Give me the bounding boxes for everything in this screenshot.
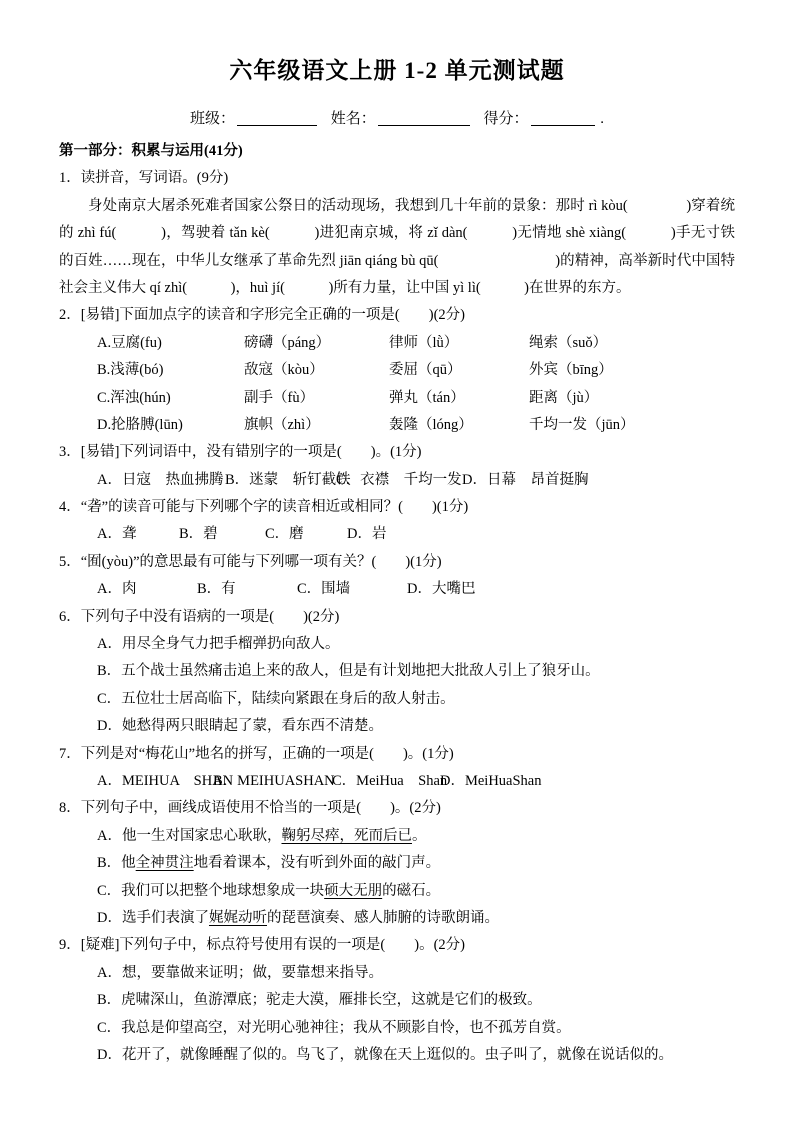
option: A．聋 xyxy=(97,521,179,548)
option: B．迷蒙 斩钉截铁 xyxy=(225,467,336,494)
question-4-text: “砻”的读音可能与下列哪个字的读音相近或相同？( )(1分) xyxy=(81,499,468,515)
option: D．日幕 昂首挺胸 xyxy=(462,467,735,494)
option-cell: 敌寇（kòu） xyxy=(244,357,389,384)
option-cell: 磅礴（páng） xyxy=(244,330,389,357)
option: C．五位壮士居高临下，陆续向紧跟在身后的敌人射击。 xyxy=(59,686,735,713)
question-1-paragraph: 身处南京大屠杀死难者国家公祭日的活动现场，我想到几十年前的景象：那时 rì kò… xyxy=(59,193,735,303)
question-6-text: 下列句子中没有语病的一项是( )(2分) xyxy=(81,609,340,625)
option-text: A．他一生对国家忠心耿耿， xyxy=(97,828,281,844)
question-7-text: 下列是对“梅花山”地名的拼写，正确的一项是( )。(1分) xyxy=(81,746,454,762)
option-text: 地看着课本，没有听到外面的敲门声。 xyxy=(194,855,441,871)
option-cell: B.浅薄(bó) xyxy=(97,357,244,384)
option-row: C.浑浊(hún)副手（fù）弹丸（tán）距离（jù） xyxy=(59,385,735,412)
question-3-number: 3． xyxy=(59,444,81,460)
question-6-options: A．用尽全身气力把手榴弹扔向敌人。B．五个战士虽然痛击追上来的敌人，但是有计划地… xyxy=(59,631,735,741)
question-2-tag: [易错] xyxy=(81,307,120,323)
option-cell: 副手（fù） xyxy=(244,385,389,412)
question-1-stem: 1．读拼音，写词语。(9分) xyxy=(59,165,735,192)
question-8-stem: 8．下列句子中，画线成语使用不恰当的一项是( )。(2分) xyxy=(59,795,735,822)
option: D．花开了，就像睡醒了似的。鸟飞了，就像在天上逛似的。虫子叫了，就像在说话似的。 xyxy=(59,1042,735,1069)
option-row: A.豆腐(fu)磅礴（páng）律师（lǜ）绳索（suǒ） xyxy=(59,330,735,357)
question-5-number: 5． xyxy=(59,554,81,570)
option: B．MEIHUASHAN xyxy=(213,768,332,795)
option: C．MeiHua Shan xyxy=(332,768,440,795)
paragraph-line: 身处南京大屠杀死难者国家公祭日的活动现场，我想到几十年前的景象：那时 rì kò… xyxy=(59,193,735,220)
question-5-options: A．肉B．有C．围墙D．大嘴巴 xyxy=(59,576,735,603)
question-4-options: A．聋B．碧C．磨D．岩 xyxy=(59,521,735,548)
option-cell: 外宾（bīng） xyxy=(529,357,735,384)
option-cell: C.浑浊(hún) xyxy=(97,385,244,412)
option: A．用尽全身气力把手榴弹扔向敌人。 xyxy=(59,631,735,658)
question-7-stem: 7．下列是对“梅花山”地名的拼写，正确的一项是( )。(1分) xyxy=(59,741,735,768)
class-blank xyxy=(237,110,317,126)
option-cell: 委屈（qū） xyxy=(389,357,529,384)
paragraph-line: 的 zhì fú( )，驾驶着 tǎn kè( )进犯南京城，将 zǐ dàn(… xyxy=(59,220,735,247)
option: D．选手们表演了娓娓动听的琵琶演奏、感人肺腑的诗歌朗诵。 xyxy=(59,905,735,932)
question-2-number: 2． xyxy=(59,307,81,323)
question-5-stem: 5．“囿(yòu)”的意思最有可能与下列哪一项有关？( )(1分) xyxy=(59,549,735,576)
class-label: 班级： xyxy=(190,111,235,127)
option-text: 。 xyxy=(412,828,427,844)
option-text: 的磁石。 xyxy=(382,883,440,899)
question-6-stem: 6．下列句子中没有语病的一项是( )(2分) xyxy=(59,604,735,631)
option: D．她愁得两只眼睛起了蒙，看东西不清楚。 xyxy=(59,713,735,740)
option-cell: 弹丸（tán） xyxy=(389,385,529,412)
question-6-number: 6． xyxy=(59,609,81,625)
page-title: 六年级语文上册 1-2 单元测试题 xyxy=(59,54,735,88)
option: A．肉 xyxy=(97,576,197,603)
option: B．他全神贯注地看着课本，没有听到外面的敲门声。 xyxy=(59,850,735,877)
question-1-number: 1． xyxy=(59,170,81,186)
question-2-options: A.豆腐(fu)磅礴（páng）律师（lǜ）绳索（suǒ）B.浅薄(bó)敌寇（… xyxy=(59,330,735,440)
question-7-number: 7． xyxy=(59,746,81,762)
option-cell: A.豆腐(fu) xyxy=(97,330,244,357)
option: A．想，要靠做来证明；做，要靠想来指导。 xyxy=(59,960,735,987)
option-cell: 律师（lǜ） xyxy=(389,330,529,357)
section-heading: 第一部分：积累与运用(41分) xyxy=(59,138,735,165)
question-9-number: 9． xyxy=(59,937,81,953)
student-info-line: 班级： 姓名： 得分： . xyxy=(59,108,735,130)
question-9-stem: 9．[疑难]下列句子中，标点符号使用有误的一项是( )。(2分) xyxy=(59,932,735,959)
score-blank xyxy=(531,110,595,126)
question-7-options: A．MEIHUA SHANB．MEIHUASHANC．MeiHua ShanD．… xyxy=(59,768,735,795)
option: D．岩 xyxy=(347,521,735,548)
option: A．MEIHUA SHAN xyxy=(97,768,213,795)
option: C．我们可以把整个地球想象成一块硕大无朋的磁石。 xyxy=(59,878,735,905)
underlined-idiom: 全神贯注 xyxy=(136,855,194,871)
option-cell: 绳索（suǒ） xyxy=(529,330,735,357)
question-3-stem: 3．[易错]下列词语中，没有错别字的一项是( )。(1分) xyxy=(59,439,735,466)
option: B．五个战士虽然痛击追上来的敌人，但是有计划地把大批敌人引上了狼牙山。 xyxy=(59,658,735,685)
option-cell: 千均一发（jūn） xyxy=(529,412,735,439)
underlined-idiom: 娓娓动听 xyxy=(209,910,267,926)
question-8-text: 下列句子中，画线成语使用不恰当的一项是( )。(2分) xyxy=(81,800,441,816)
option-cell: 距离（jù） xyxy=(529,385,735,412)
question-3-text: 下列词语中，没有错别字的一项是( )。(1分) xyxy=(119,444,421,460)
question-8-options: A．他一生对国家忠心耿耿，鞠躬尽瘁，死而后已。B．他全神贯注地看着课本，没有听到… xyxy=(59,823,735,933)
question-5-text: “囿(yòu)”的意思最有可能与下列哪一项有关？( )(1分) xyxy=(81,554,442,570)
option: D．大嘴巴 xyxy=(407,576,735,603)
question-4-number: 4． xyxy=(59,499,81,515)
question-9-tag: [疑难] xyxy=(81,937,120,953)
option: A．日寇 热血拂腾 xyxy=(97,467,225,494)
header-suffix: . xyxy=(600,111,604,127)
question-8-number: 8． xyxy=(59,800,81,816)
option: C．我总是仰望高空，对光明心驰神往；我从不顾影自怜，也不孤芳自赏。 xyxy=(59,1015,735,1042)
question-3-tag: [易错] xyxy=(81,444,120,460)
question-3-options: A．日寇 热血拂腾B．迷蒙 斩钉截铁C．衣襟 千均一发D．日幕 昂首挺胸 xyxy=(59,467,735,494)
option: B．有 xyxy=(197,576,297,603)
option-row: D.抡胳膊(lūn)旗帜（zhì）轰隆（lóng）千均一发（jūn） xyxy=(59,412,735,439)
option: B．碧 xyxy=(179,521,265,548)
option: B．虎啸深山，鱼游潭底；驼走大漠，雁排长空，这就是它们的极致。 xyxy=(59,987,735,1014)
name-blank xyxy=(378,110,470,126)
question-9-options: A．想，要靠做来证明；做，要靠想来指导。B．虎啸深山，鱼游潭底；驼走大漠，雁排长… xyxy=(59,960,735,1070)
question-4-stem: 4．“砻”的读音可能与下列哪个字的读音相近或相同？( )(1分) xyxy=(59,494,735,521)
option: C．磨 xyxy=(265,521,347,548)
option-text: C．我们可以把整个地球想象成一块 xyxy=(97,883,324,899)
question-2-stem: 2．[易错]下面加点字的读音和字形完全正确的一项是( )(2分) xyxy=(59,302,735,329)
option: C．围墙 xyxy=(297,576,407,603)
option-cell: 轰隆（lóng） xyxy=(389,412,529,439)
paragraph-line: 社会主义伟大 qí zhì( )，huì jí( )所有力量，让中国 yì lì… xyxy=(59,275,735,302)
name-label: 姓名： xyxy=(331,111,376,127)
question-2-text: 下面加点字的读音和字形完全正确的一项是( )(2分) xyxy=(119,307,465,323)
option-cell: D.抡胳膊(lūn) xyxy=(97,412,244,439)
option-text: B．他 xyxy=(97,855,136,871)
paragraph-line: 的百姓……现在，中华儿女继承了革命先烈 jiān qiáng bù qū( )的… xyxy=(59,248,735,275)
test-paper-page: 六年级语文上册 1-2 单元测试题 班级： 姓名： 得分： . 第一部分：积累与… xyxy=(0,0,794,1123)
question-1-text: 读拼音，写词语。(9分) xyxy=(81,170,228,186)
question-9-text: 下列句子中，标点符号使用有误的一项是( )。(2分) xyxy=(119,937,465,953)
option-text: D．选手们表演了 xyxy=(97,910,209,926)
option: D．MeiHuaShan xyxy=(440,768,735,795)
option: C．衣襟 千均一发 xyxy=(336,467,462,494)
underlined-idiom: 鞠躬尽瘁，死而后已 xyxy=(281,828,412,844)
option-cell: 旗帜（zhì） xyxy=(244,412,389,439)
score-label: 得分： xyxy=(484,111,529,127)
option: A．他一生对国家忠心耿耿，鞠躬尽瘁，死而后已。 xyxy=(59,823,735,850)
underlined-idiom: 硕大无朋 xyxy=(324,883,382,899)
option-text: 的琵琶演奏、感人肺腑的诗歌朗诵。 xyxy=(267,910,499,926)
option-row: B.浅薄(bó)敌寇（kòu）委屈（qū）外宾（bīng） xyxy=(59,357,735,384)
